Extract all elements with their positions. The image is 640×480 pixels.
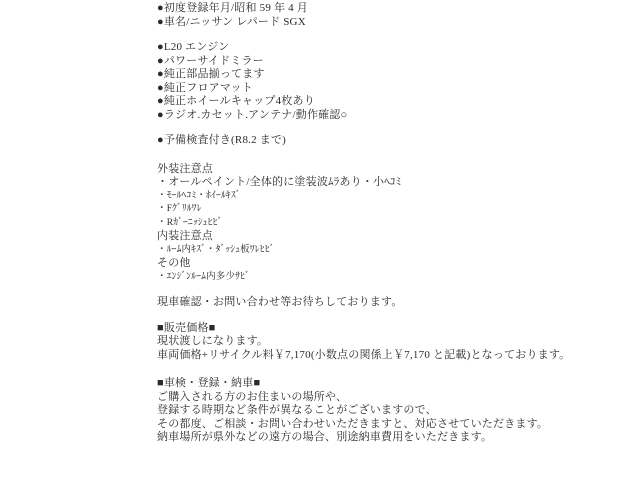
first-registration-line: ●初度登録年月/昭和 59 年 4 月 xyxy=(157,2,570,16)
vehicle-info-block: ●初度登録年月/昭和 59 年 4 月 ●車名/ニッサン レパード SGX xyxy=(157,2,570,29)
floor-mat-line: ●純正フロアマット xyxy=(157,82,570,96)
price-block: ■販売価格■ 現状渡しになります。 車両価格+リサイクル料￥7,170(小数点の… xyxy=(157,322,570,363)
delivery-line-residence: ご購入される方のお住まいの場所や、 xyxy=(157,391,570,405)
exterior-note-front-grille: ・Fｸﾞﾘﾙﾜﾚ xyxy=(157,203,570,217)
contact-block: 現車確認・お問い合わせ等お待ちしております。 xyxy=(157,296,570,310)
delivery-section-heading: ■車検・登録・納車■ xyxy=(157,377,570,391)
vehicle-price-line: 車両価格+リサイクル料￥7,170(小数点の関係上￥7,170 と記載)となって… xyxy=(157,349,570,363)
as-is-line: 現状渡しになります。 xyxy=(157,335,570,349)
contact-line: 現車確認・お問い合わせ等お待ちしております。 xyxy=(157,296,570,310)
delivery-line-fee: 納車場所が県外などの遠方の場合、別途納車費用をいただきます。 xyxy=(157,431,570,445)
power-mirror-line: ●パワーサイドミラー xyxy=(157,55,570,69)
condition-notes-block: 外装注意点 ・オールペイント/全体的に塗装波ﾑﾗあり・小ﾍｺﾐ ・ﾓｰﾙﾍｺﾐ・… xyxy=(157,163,570,285)
exterior-notes-heading: 外装注意点 xyxy=(157,163,570,177)
listing-page: ●初度登録年月/昭和 59 年 4 月 ●車名/ニッサン レパード SGX ●L… xyxy=(0,0,640,480)
wheel-cap-line: ●純正ホイールキャップ4枚あり xyxy=(157,95,570,109)
other-notes-heading: その他 xyxy=(157,257,570,271)
pre-inspection-line: ●予備検査付き(R8.2 まで) xyxy=(157,134,570,148)
delivery-block: ■車検・登録・納車■ ご購入される方のお住まいの場所や、 登録する時期など条件が… xyxy=(157,377,570,445)
other-note-engine-room: ・ｴﾝｼﾞﾝﾙｰﾑ内多少ｻﾋﾞ xyxy=(157,271,570,285)
exterior-note-paint: ・オールペイント/全体的に塗装波ﾑﾗあり・小ﾍｺﾐ xyxy=(157,176,570,190)
delivery-line-consult: その都度、ご相談・お問い合わせいただきますと、対応させていただきます。 xyxy=(157,418,570,432)
interior-notes-heading: 内装注意点 xyxy=(157,230,570,244)
genuine-parts-line: ●純正部品揃ってます xyxy=(157,68,570,82)
exterior-note-rear-garnish: ・Rｶﾞｰﾆｯｼｭﾋﾋﾞ xyxy=(157,217,570,231)
equipment-block: ●L20 エンジン ●パワーサイドミラー ●純正部品揃ってます ●純正フロアマッ… xyxy=(157,41,570,122)
inspection-block: ●予備検査付き(R8.2 まで) xyxy=(157,134,570,148)
car-name-line: ●車名/ニッサン レパード SGX xyxy=(157,16,570,30)
radio-cassette-antenna-line: ●ラジオ.カセット.アンテナ/動作確認○ xyxy=(157,109,570,123)
engine-line: ●L20 エンジン xyxy=(157,41,570,55)
delivery-line-conditions: 登録する時期など条件が異なることがございますので、 xyxy=(157,404,570,418)
exterior-note-molding-wheel: ・ﾓｰﾙﾍｺﾐ・ﾎｲｰﾙｷｽﾞ xyxy=(157,190,570,204)
vehicle-listing-text: ●初度登録年月/昭和 59 年 4 月 ●車名/ニッサン レパード SGX ●L… xyxy=(157,2,570,457)
price-section-heading: ■販売価格■ xyxy=(157,322,570,336)
interior-note-room-dash: ・ﾙｰﾑ内ｷｽﾞ・ﾀﾞｯｼｭ板ﾜﾚﾋﾋﾞ xyxy=(157,244,570,258)
